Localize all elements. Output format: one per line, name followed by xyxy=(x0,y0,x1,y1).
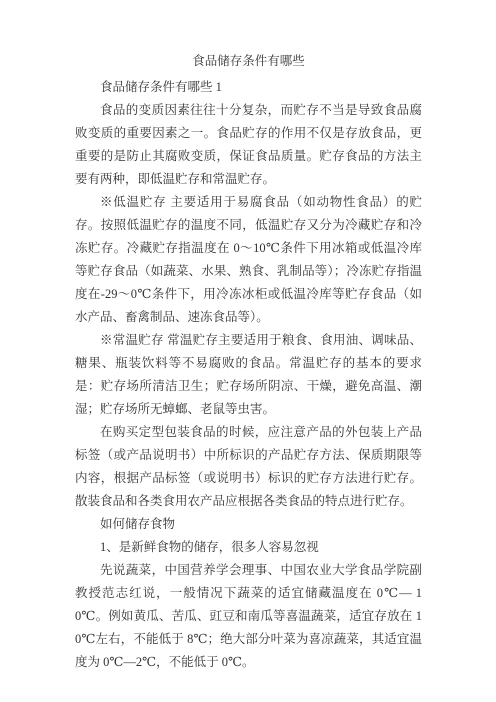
paragraph-fresh-food-point: 1、是新鲜食物的储存，很多人容易忽视 xyxy=(75,536,422,559)
document-page: 食品储存条件有哪些 食品储存条件有哪些 1 食品的变质因素往往十分复杂，而贮存不… xyxy=(0,0,496,702)
paragraph-vegetable-temps: 先说蔬菜，中国营养学会理事、中国农业大学食品学院副教授范志红说，一般情况下蔬菜的… xyxy=(75,559,422,674)
paragraph-low-temp-storage: ※低温贮存 主要适用于易腐食品（如动物性食品）的贮存。按照低温贮存的温度不同，低… xyxy=(75,191,422,329)
paragraph-packaged-food: 在购买定型包装食品的时候，应注意产品的外包装上产品标签（或产品说明书）中所标识的… xyxy=(75,421,422,513)
paragraph-subtitle: 食品储存条件有哪些 1 xyxy=(75,76,422,99)
paragraph-room-temp-storage: ※常温贮存 常温贮存主要适用于粮食、食用油、调味品、糖果、瓶装饮料等不易腐败的食… xyxy=(75,329,422,421)
paragraph-intro: 食品的变质因素往往十分复杂，而贮存不当是导致食品腐败变质的重要因素之一。食品贮存… xyxy=(75,99,422,191)
document-title: 食品储存条件有哪些 xyxy=(75,50,422,73)
paragraph-how-to-store-heading: 如何储存食物 xyxy=(75,513,422,536)
